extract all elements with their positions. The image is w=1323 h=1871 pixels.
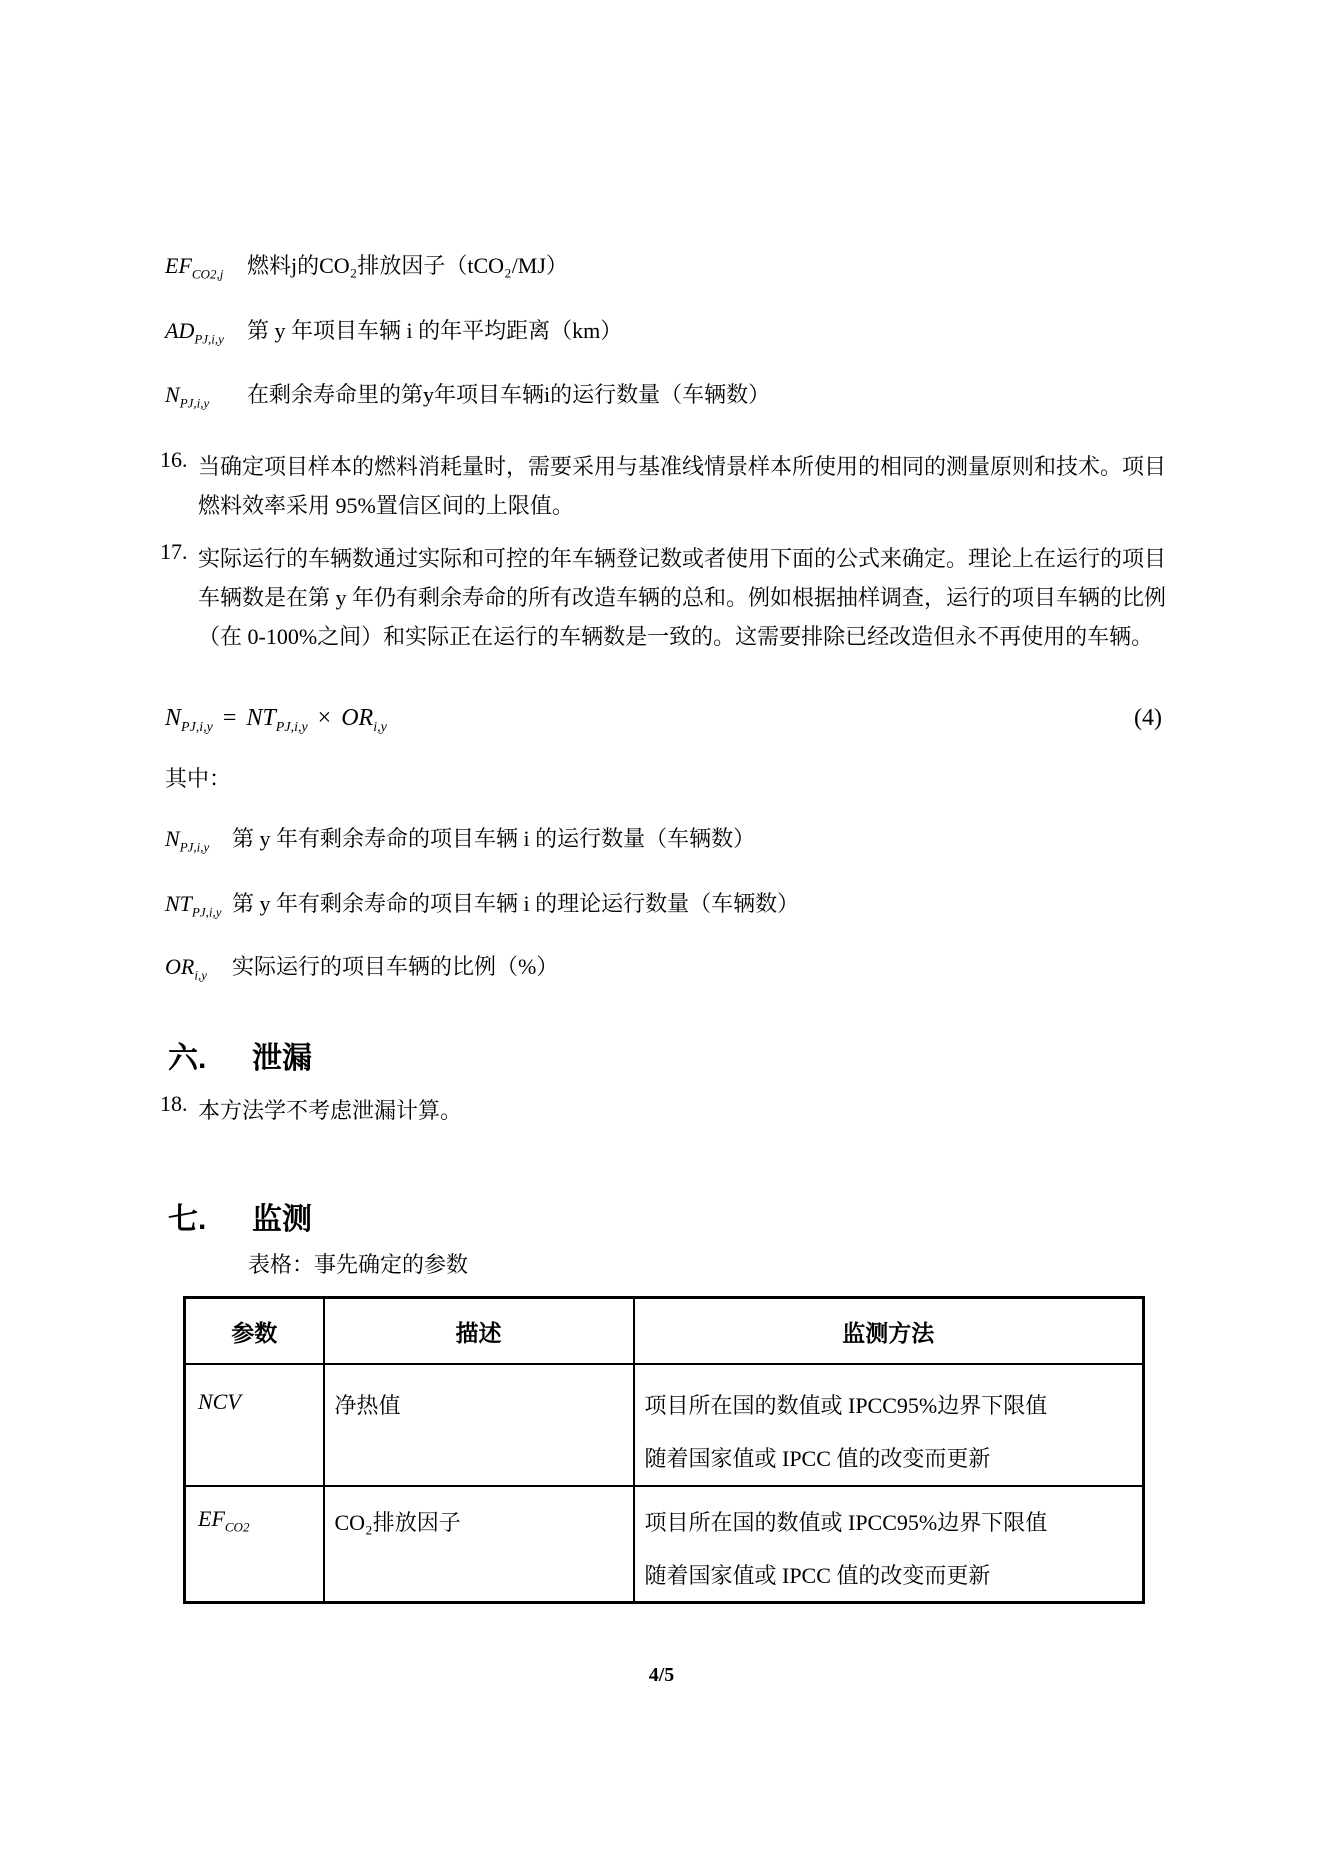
definition-ef-co2j: EFCO2,j 燃料j的CO₂排放因子（tCO₂/MJ）: [165, 249, 568, 280]
section-number: 六.: [168, 1033, 252, 1077]
equation-number: (4): [1134, 705, 1162, 732]
definition-symbol: ORi,y: [165, 954, 232, 980]
cell-monitoring-method: 项目所在国的数值或 IPCC95%边界下限值 随着国家值或 IPCC 值的改变而…: [634, 1364, 1144, 1486]
definition-symbol: ADPJ,i,y: [165, 318, 247, 344]
document-page: EFCO2,j 燃料j的CO₂排放因子（tCO₂/MJ） ADPJ,i,y 第 …: [0, 0, 1323, 1871]
table-caption: 表格：事先确定的参数: [248, 1248, 468, 1279]
column-header-monitoring-method: 监测方法: [634, 1298, 1144, 1365]
paragraph-number: 18.: [160, 1091, 198, 1130]
cell-description: 净热值: [324, 1364, 634, 1486]
paragraph-text: 当确定项目样本的燃料消耗量时，需要采用与基准线情景样本所使用的相同的测量原则和技…: [198, 447, 1166, 525]
cell-monitoring-method: 项目所在国的数值或 IPCC95%边界下限值 随着国家值或 IPCC 值的改变而…: [634, 1486, 1144, 1602]
column-header-parameter: 参数: [185, 1298, 324, 1365]
method-line: 随着国家值或 IPCC 值的改变而更新: [645, 1559, 1133, 1590]
section-title: 泄漏: [252, 1033, 312, 1077]
method-line: 项目所在国的数值或 IPCC95%边界下限值: [645, 1506, 1133, 1537]
where-label: 其中：: [165, 762, 231, 793]
definition-n-pjiy: NPJ,i,y 在剩余寿命里的第y年项目车辆i的运行数量（车辆数）: [165, 378, 770, 409]
parameters-table: 参数 描述 监测方法 NCV 净热值 项目所在国的数值或 IPCC95%边界下限…: [183, 1296, 1145, 1604]
definition-n-pjiy-where: NPJ,i,y 第 y 年有剩余寿命的项目车辆 i 的运行数量（车辆数）: [165, 822, 755, 853]
section-title: 监测: [252, 1194, 312, 1238]
equation-expression: NPJ,i,y=NTPJ,i,y×ORi,y: [165, 705, 387, 732]
definition-symbol: NPJ,i,y: [165, 382, 247, 408]
paragraph-text: 实际运行的车辆数通过实际和可控的年车辆登记数或者使用下面的公式来确定。理论上在运…: [198, 539, 1166, 656]
paragraph-number: 16.: [160, 447, 198, 525]
definition-ad-pjiy: ADPJ,i,y 第 y 年项目车辆 i 的年平均距离（km）: [165, 314, 622, 345]
method-line: 项目所在国的数值或 IPCC95%边界下限值: [645, 1389, 1133, 1420]
equation-4: NPJ,i,y=NTPJ,i,y×ORi,y (4): [165, 705, 1162, 732]
definition-symbol: NTPJ,i,y: [165, 891, 232, 917]
page-number: 4/5: [0, 1664, 1323, 1687]
definition-symbol: EFCO2,j: [165, 253, 247, 279]
paragraph-17: 17. 实际运行的车辆数通过实际和可控的年车辆登记数或者使用下面的公式来确定。理…: [160, 539, 1166, 656]
section-heading-leakage: 六. 泄漏: [168, 1033, 312, 1077]
definition-description: 第 y 年有剩余寿命的项目车辆 i 的运行数量（车辆数）: [232, 822, 755, 853]
definition-description: 实际运行的项目车辆的比例（%）: [232, 950, 558, 981]
table-header-row: 参数 描述 监测方法: [185, 1298, 1144, 1365]
cell-description: CO₂排放因子: [324, 1486, 634, 1602]
definition-description: 第 y 年项目车辆 i 的年平均距离（km）: [247, 314, 622, 345]
paragraph-number: 17.: [160, 539, 198, 656]
section-number: 七.: [168, 1194, 252, 1238]
definition-symbol: NPJ,i,y: [165, 826, 232, 852]
section-heading-monitoring: 七. 监测: [168, 1194, 312, 1238]
definition-description: 第 y 年有剩余寿命的项目车辆 i 的理论运行数量（车辆数）: [232, 887, 799, 918]
paragraph-18: 18. 本方法学不考虑泄漏计算。: [160, 1091, 1166, 1130]
definition-nt-pjiy: NTPJ,i,y 第 y 年有剩余寿命的项目车辆 i 的理论运行数量（车辆数）: [165, 887, 799, 918]
definition-description: 燃料j的CO₂排放因子（tCO₂/MJ）: [247, 249, 568, 280]
table-row: NCV 净热值 项目所在国的数值或 IPCC95%边界下限值 随着国家值或 IP…: [185, 1364, 1144, 1486]
table-row: EFCO2 CO₂排放因子 项目所在国的数值或 IPCC95%边界下限值 随着国…: [185, 1486, 1144, 1602]
paragraph-16: 16. 当确定项目样本的燃料消耗量时，需要采用与基准线情景样本所使用的相同的测量…: [160, 447, 1166, 525]
definition-description: 在剩余寿命里的第y年项目车辆i的运行数量（车辆数）: [247, 378, 770, 409]
method-line: 随着国家值或 IPCC 值的改变而更新: [645, 1442, 1133, 1473]
cell-parameter: EFCO2: [185, 1486, 324, 1602]
definition-or-iy: ORi,y 实际运行的项目车辆的比例（%）: [165, 950, 558, 981]
cell-parameter: NCV: [185, 1364, 324, 1486]
column-header-description: 描述: [324, 1298, 634, 1365]
paragraph-text: 本方法学不考虑泄漏计算。: [198, 1091, 1166, 1130]
